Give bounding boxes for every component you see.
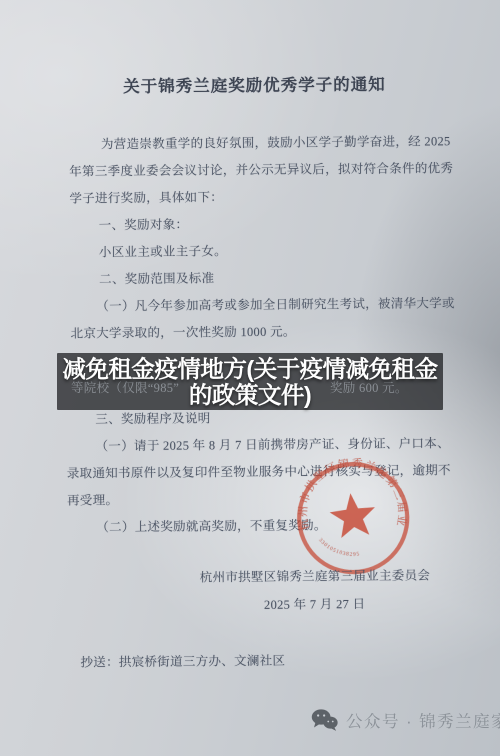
body-line: 年第三季度业委会会议讨论，并公示无异议后，拟对符合条件的优秀	[69, 158, 453, 179]
watermark-text: 公众号 · 锦秀兰庭家园	[346, 708, 500, 732]
body-line: （一）请于 2025 年 8 月 7 日前携带房产证、身份证、户口本、	[96, 433, 450, 454]
svg-text:3301051038295: 3301051038295	[317, 533, 361, 562]
body-line: 为营造崇教重学的良好氛围，鼓励小区学子勤学奋进，经 2025	[101, 131, 451, 152]
signature-date: 2025 年 7 月 27 日	[264, 594, 366, 613]
seal-star-icon	[328, 491, 378, 539]
body-line: 小区业主或业主子女。	[99, 241, 227, 260]
watermark: 公众号 · 锦秀兰庭家园	[311, 705, 500, 735]
cc-recipients: 抄送：拱宸桥街道三方办、文澜社区	[80, 651, 285, 671]
body-line: 北京大学录取的，一次性奖励 1000 元。	[71, 322, 296, 342]
document-title: 关于锦秀兰庭奖励优秀学子的通知	[123, 71, 386, 97]
body-line-section-heading: 一、奖励对象：	[99, 215, 189, 234]
body-line-section-heading: 三、奖励程序及说明	[95, 408, 210, 427]
body-line-section-heading: 二、奖励范围及标准	[99, 268, 214, 287]
seal-number: 3301051038295	[317, 533, 361, 562]
overlay-caption-line2: 的政策文件)	[189, 382, 311, 408]
body-line: 学子进行奖励，具体如下：	[69, 187, 223, 206]
wechat-icon	[311, 708, 338, 732]
photo-background: 关于锦秀兰庭奖励优秀学子的通知 为营造崇教重学的良好氛围，鼓励小区学子勤学奋进，…	[0, 0, 500, 756]
overlay-caption-line1: 减免租金疫情地方(关于疫情减免租金	[62, 356, 437, 382]
official-seal: 杭州市拱墅区锦秀兰庭第三届业主委员会 3301051038295	[287, 452, 420, 585]
overlay-caption-text: 减免租金疫情地方(关于疫情减免租金 的政策文件)	[57, 353, 443, 410]
overlay-caption: 等院校（仅限“985” 奖励 600 元。 减免租金疫情地方(关于疫情减免租金 …	[57, 353, 443, 410]
body-line: 再受理。	[67, 490, 118, 508]
body-line: （一）凡今年参加高考或参加全日制研究生考试，被清华大学或	[96, 293, 455, 314]
signature-committee: 杭州市拱墅区锦秀兰庭第三届业主委员会	[200, 565, 431, 585]
